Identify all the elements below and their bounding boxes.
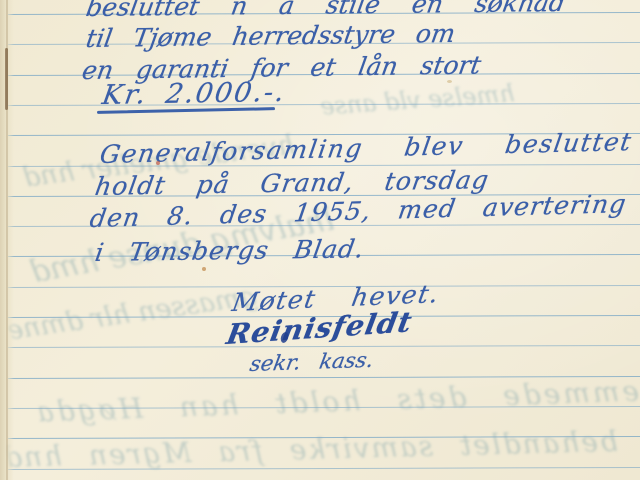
paper-speck bbox=[156, 161, 160, 165]
showthrough-text: lis behandlet samvirke fra Mgren hnd bbox=[2, 423, 640, 474]
handwriting-line: Generalforsamling blev besluttet bbox=[98, 127, 634, 169]
ruled-line bbox=[8, 345, 640, 348]
handwriting-amount: Kr. 2.000.-. bbox=[100, 77, 288, 111]
handwriting-line: i Tønsbergs Blad. bbox=[93, 234, 367, 267]
handwriting-line: besluttet n a stile en søknad bbox=[84, 0, 568, 22]
showthrough-text: gmassen hlr dmne bbox=[5, 281, 259, 347]
signature-role: sekr. kass. bbox=[248, 348, 376, 376]
paper-speck bbox=[447, 80, 452, 83]
showthrough-text: hmelse vld anse bbox=[319, 79, 515, 121]
binding-dark-streak bbox=[5, 48, 8, 110]
showthrough-text: Shjemmede dets holdt han Høgda bbox=[34, 372, 640, 428]
notebook-page: hmelse vld anse hvende gmeller hnd lhalv… bbox=[0, 0, 640, 480]
handwriting-line: til Tjøme herredsstyre om bbox=[84, 19, 457, 53]
paper-speck bbox=[202, 267, 206, 271]
